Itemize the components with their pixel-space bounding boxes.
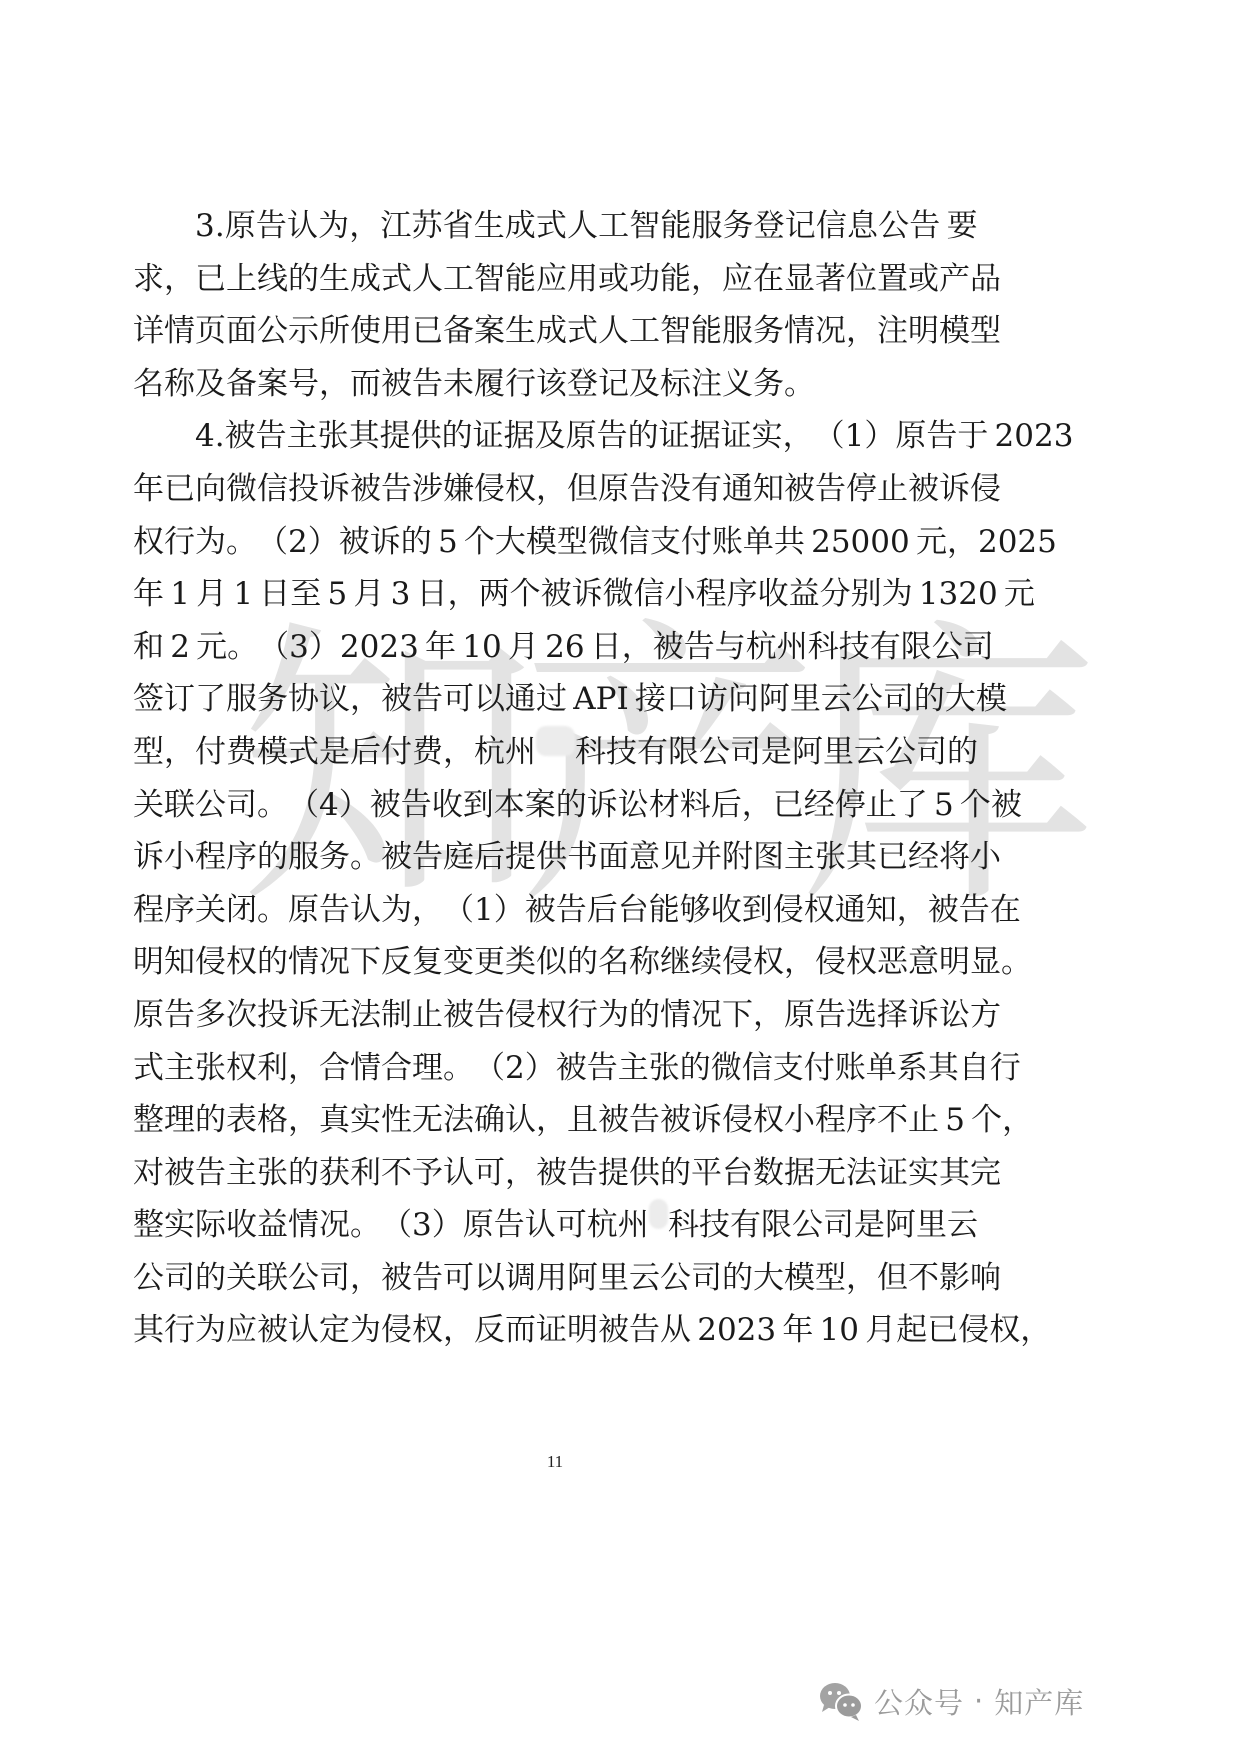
text-line: 权行为。（2）被诉的 5 个大模型微信支付账单共 25000 元，2025: [133, 516, 978, 569]
text-line: 原告多次投诉无法制止被告侵权行为的情况下，原告选择诉讼方: [133, 989, 978, 1042]
text-line: 对被告主张的获利不予认可，被告提供的平台数据无法证实其完: [133, 1147, 978, 1200]
text-line: 详情页面公示所使用已备案生成式人工智能服务情况，注明模型: [133, 305, 978, 358]
document-page: 知 产 库 3.原告认为，江苏省生成式人工智能服务登记信息公告 要求，已上线的生…: [0, 0, 1240, 1753]
text-line: 明知侵权的情况下反复变更类似的名称继续侵权，侵权恶意明显。: [133, 936, 978, 989]
text-line: 4.被告主张其提供的证据及原告的证据证实，（1）原告于 2023: [133, 410, 978, 463]
text-line: 式主张权利，合情合理。（2）被告主张的微信支付账单系其自行: [133, 1042, 978, 1095]
footer-separator: ·: [974, 1684, 984, 1718]
wechat-icon: [818, 1680, 864, 1722]
text-line: 3.原告认为，江苏省生成式人工智能服务登记信息公告 要: [133, 200, 978, 253]
text-line: 关联公司。（4）被告收到本案的诉讼材料后，已经停止了 5 个被: [133, 779, 978, 832]
text-line: 型，付费模式是后付费，杭州科技有限公司是阿里云公司的: [133, 726, 978, 779]
text-line: 公司的关联公司，被告可以调用阿里云公司的大模型，但不影响: [133, 1252, 978, 1305]
text-line: 年已向微信投诉被告涉嫌侵权，但原告没有通知被告停止被诉侵: [133, 463, 978, 516]
wechat-account-footer: 公众号 · 知产库: [818, 1678, 1084, 1724]
text-line: 整实际收益情况。（3）原告认可杭州科技有限公司是阿里云: [133, 1199, 978, 1252]
footer-account-name: 知产库: [994, 1681, 1084, 1722]
redacted-text: [536, 726, 575, 756]
page-number: 11: [540, 1452, 570, 1472]
document-body: 3.原告认为，江苏省生成式人工智能服务登记信息公告 要求，已上线的生成式人工智能…: [133, 200, 978, 1357]
text-line: 整理的表格，真实性无法确认，且被告被诉侵权小程序不止 5 个，: [133, 1094, 978, 1147]
text-line: 诉小程序的服务。被告庭后提供书面意见并附图主张其已经将小: [133, 831, 978, 884]
footer-label: 公众号: [874, 1681, 964, 1722]
text-line: 其行为应被认定为侵权，反而证明被告从 2023 年 10 月起已侵权，: [133, 1304, 978, 1357]
text-line: 名称及备案号，而被告未履行该登记及标注义务。: [133, 358, 978, 411]
text-line: 求，已上线的生成式人工智能应用或功能，应在显著位置或产品: [133, 253, 978, 306]
text-line: 签订了服务协议，被告可以通过 API 接口访问阿里云公司的大模: [133, 673, 978, 726]
text-line: 程序关闭。原告认为，（1）被告后台能够收到侵权通知，被告在: [133, 884, 978, 937]
redacted-text: [649, 1199, 668, 1229]
text-line: 年 1 月 1 日至 5 月 3 日，两个被诉微信小程序收益分别为 1320 元: [133, 568, 978, 621]
text-line: 和 2 元。（3）2023 年 10 月 26 日，被告与杭州科技有限公司: [133, 621, 978, 674]
